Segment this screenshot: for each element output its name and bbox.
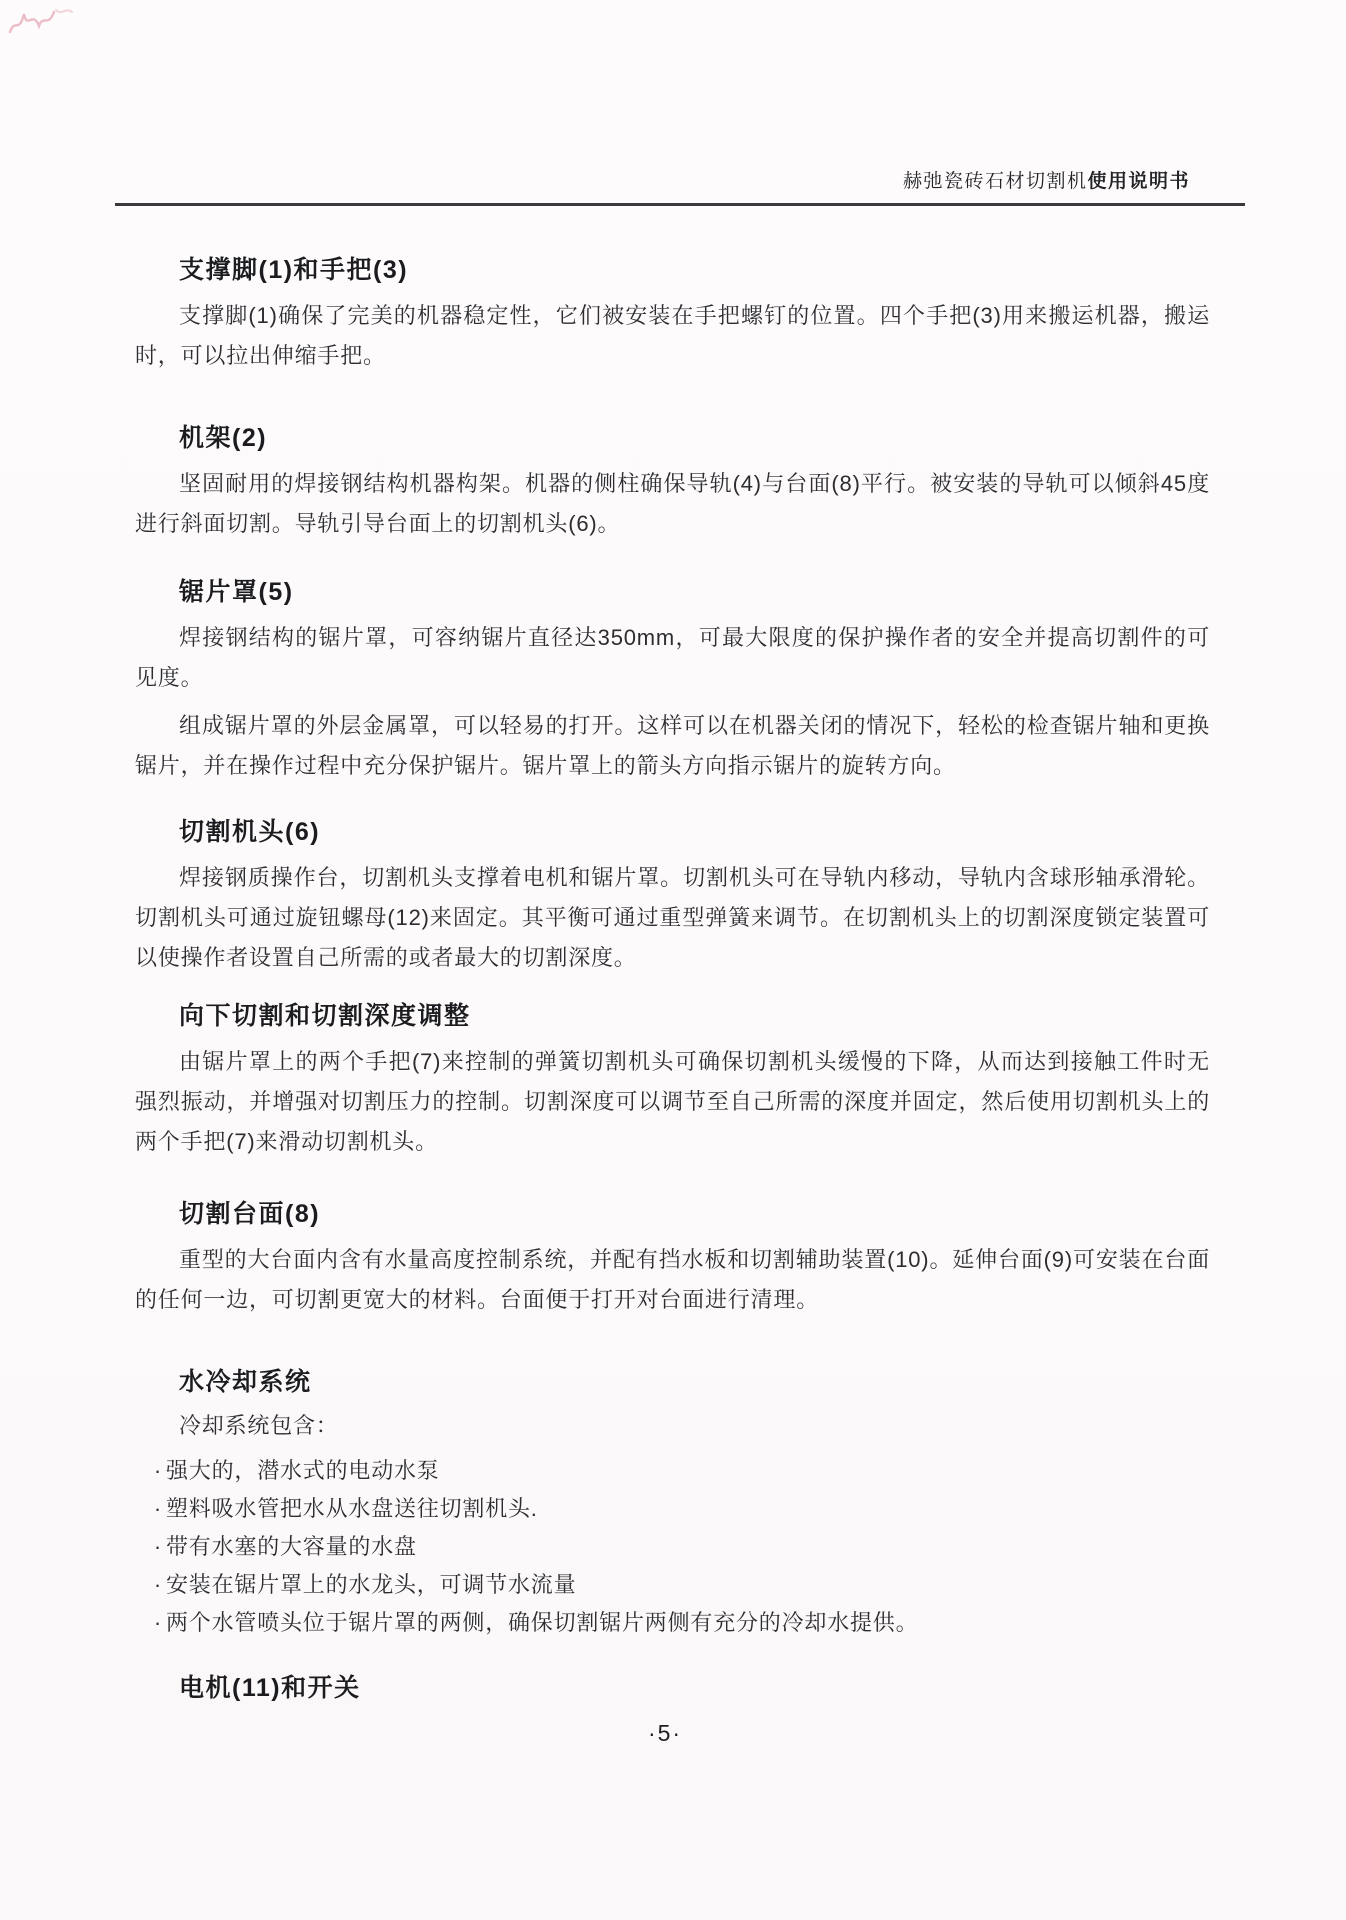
section-heading: 支撑脚(1)和手把(3): [179, 252, 1210, 288]
header-title-bold: 使用说明书: [1087, 171, 1190, 192]
section-heading: 切割机头(6): [179, 814, 1210, 850]
page-number: ·5·: [0, 1720, 1330, 1747]
section-paragraph: 组成锯片罩的外层金属罩，可以轻易的打开。这样可以在机器关闭的情况下，轻松的检查锯…: [135, 706, 1210, 786]
section-cutting-table: 切割台面(8) 重型的大台面内含有水量高度控制系统，并配有挡水板和切割辅助装置(…: [135, 1196, 1210, 1320]
list-item: · 安装在锯片罩上的水龙头，可调节水流量: [150, 1566, 1210, 1604]
list-item-text: 强大的，潜水式的电动水泵: [166, 1452, 440, 1490]
section-paragraph: 焊接钢结构的锯片罩，可容纳锯片直径达350mm，可最大限度的保护操作者的安全并提…: [135, 618, 1210, 698]
bullet-dot: ·: [150, 1566, 166, 1604]
section-paragraph: 焊接钢质操作台，切割机头支撑着电机和锯片罩。切割机头可在导轨内移动，导轨内含球形…: [135, 858, 1210, 978]
section-paragraph: 坚固耐用的焊接钢结构机器构架。机器的侧柱确保导轨(4)与台面(8)平行。被安装的…: [135, 464, 1210, 544]
list-item: · 两个水管喷头位于锯片罩的两侧，确保切割锯片两侧有充分的冷却水提供。: [150, 1604, 1210, 1642]
section-heading: 向下切割和切割深度调整: [179, 998, 1210, 1034]
section-heading: 水冷却系统: [179, 1364, 1210, 1400]
page-header: 赫弛瓷砖石材切割机使用说明书: [115, 166, 1245, 206]
section-frame: 机架(2) 坚固耐用的焊接钢结构机器构架。机器的侧柱确保导轨(4)与台面(8)平…: [135, 420, 1210, 544]
section-heading: 锯片罩(5): [179, 574, 1210, 610]
list-item: · 带有水塞的大容量的水盘: [150, 1528, 1210, 1566]
list-item-text: 安装在锯片罩上的水龙头，可调节水流量: [166, 1566, 576, 1604]
section-motor-switch: 电机(11)和开关: [135, 1670, 1210, 1706]
section-paragraph: 重型的大台面内含有水量高度控制系统，并配有挡水板和切割辅助装置(10)。延伸台面…: [135, 1240, 1210, 1320]
list-item-text: 两个水管喷头位于锯片罩的两侧，确保切割锯片两侧有充分的冷却水提供。: [166, 1604, 918, 1642]
list-item-text: 带有水塞的大容量的水盘: [166, 1528, 417, 1566]
section-cutting-head: 切割机头(6) 焊接钢质操作台，切割机头支撑着电机和锯片罩。切割机头可在导轨内移…: [135, 814, 1210, 978]
section-water-cooling: 水冷却系统 冷却系统包含： · 强大的，潜水式的电动水泵 · 塑料吸水管把水从水…: [135, 1364, 1210, 1642]
section-paragraph: 支撑脚(1)确保了完美的机器稳定性，它们被安装在手把螺钉的位置。四个手把(3)用…: [135, 296, 1210, 376]
list-item: · 塑料吸水管把水从水盘送往切割机头.: [150, 1490, 1210, 1528]
list-item-text: 塑料吸水管把水从水盘送往切割机头.: [166, 1490, 538, 1528]
manual-page: 赫弛瓷砖石材切割机使用说明书 支撑脚(1)和手把(3) 支撑脚(1)确保了完美的…: [0, 0, 1346, 1920]
section-heading: 机架(2): [179, 420, 1210, 456]
bullet-dot: ·: [150, 1604, 166, 1642]
header-title-regular: 赫弛瓷砖石材切割机: [903, 171, 1088, 192]
list-item: · 强大的，潜水式的电动水泵: [150, 1452, 1210, 1490]
page-content: 支撑脚(1)和手把(3) 支撑脚(1)确保了完美的机器稳定性，它们被安装在手把螺…: [135, 252, 1210, 1706]
bullet-dot: ·: [150, 1528, 166, 1566]
section-support-feet-handles: 支撑脚(1)和手把(3) 支撑脚(1)确保了完美的机器稳定性，它们被安装在手把螺…: [135, 252, 1210, 376]
bullet-dot: ·: [150, 1452, 166, 1490]
red-scribble-mark: [6, 2, 84, 46]
section-heading: 切割台面(8): [179, 1196, 1210, 1232]
section-plunge-cut-depth: 向下切割和切割深度调整 由锯片罩上的两个手把(7)来控制的弹簧切割机头可确保切割…: [135, 998, 1210, 1162]
section-blade-guard: 锯片罩(5) 焊接钢结构的锯片罩，可容纳锯片直径达350mm，可最大限度的保护操…: [135, 574, 1210, 786]
section-paragraph: 由锯片罩上的两个手把(7)来控制的弹簧切割机头可确保切割机头缓慢的下降，从而达到…: [135, 1042, 1210, 1162]
cooling-system-intro: 冷却系统包含：: [179, 1406, 1210, 1446]
bullet-dot: ·: [150, 1490, 166, 1528]
section-heading: 电机(11)和开关: [179, 1670, 1210, 1706]
cooling-system-list: · 强大的，潜水式的电动水泵 · 塑料吸水管把水从水盘送往切割机头. · 带有水…: [135, 1452, 1210, 1642]
